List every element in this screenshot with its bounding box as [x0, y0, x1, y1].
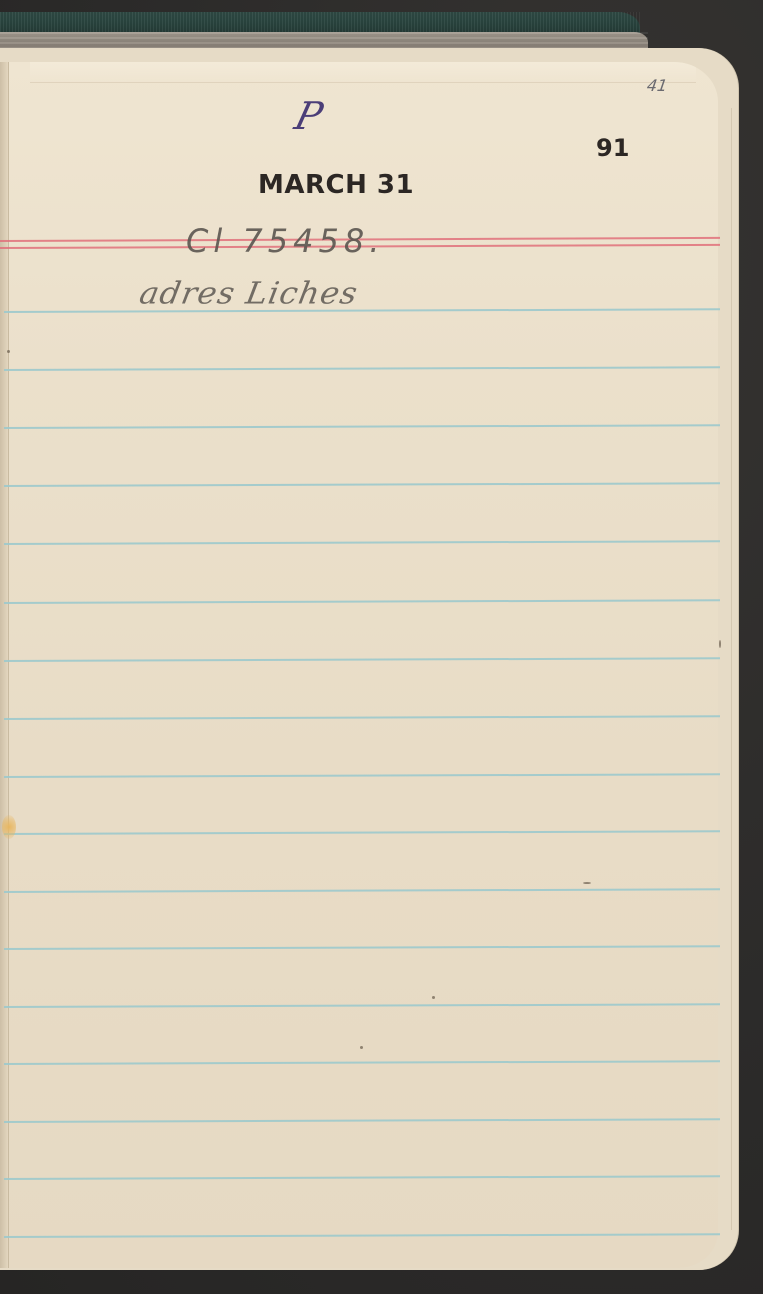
date-heading: MARCH 31: [258, 170, 414, 200]
paper-speck: [7, 350, 10, 353]
handwritten-reference: Cl 75458.: [186, 222, 384, 260]
paper-speck: [432, 996, 435, 999]
paper-speck: [360, 1046, 363, 1049]
paper-speck: [583, 882, 591, 884]
cloth-binding: [0, 12, 640, 34]
page-gutter: [0, 62, 9, 1268]
handwritten-note: adres Liches: [137, 275, 361, 311]
paper-stain: [2, 815, 16, 839]
day-of-year-number: 91: [596, 134, 629, 162]
paper-speck: [719, 640, 721, 648]
folio-number: 41: [646, 76, 669, 95]
